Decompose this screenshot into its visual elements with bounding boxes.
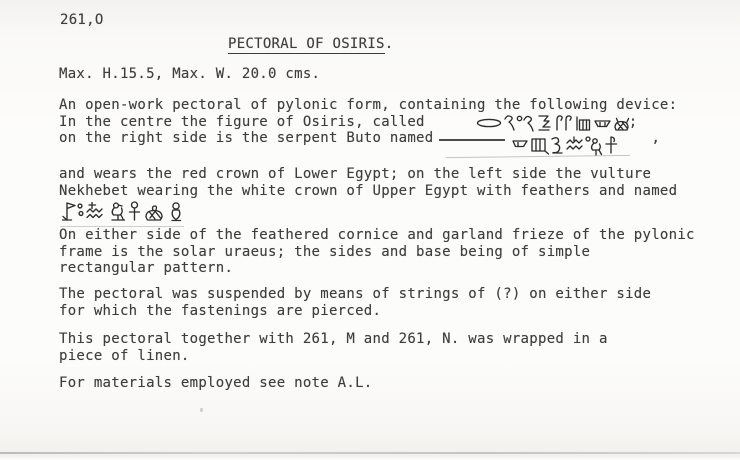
typed-line: for which the fastenings are pierced. (59, 303, 651, 320)
typed-line: Nekhebet wearing the white crown of Uppe… (59, 183, 677, 200)
paragraph-device: An open-work pectoral of pylonic form, c… (59, 97, 677, 147)
typed-line: The pectoral was suspended by means of s… (59, 286, 651, 303)
typed-text: In the centre the figure of Osiris, call… (59, 114, 425, 131)
paragraph-materials-note: For materials employed see note A.L. (59, 375, 373, 392)
paragraph-crowns: and wears the red crown of Lower Egypt; … (59, 166, 677, 199)
typed-line-osiris: In the centre the figure of Osiris, call… (59, 114, 677, 131)
typed-line: frame is the solar uraeus; the sides and… (59, 244, 695, 261)
dimensions-line: Max. H.15.5, Max. W. 20.0 cms. (59, 66, 320, 83)
hieroglyph-nekhebet-line (60, 198, 186, 228)
ink-rule (439, 139, 505, 141)
paper-speck (200, 408, 203, 412)
card-bottom-edge (0, 452, 740, 454)
typed-punctuation: ; (629, 114, 638, 131)
page-title: PECTORAL OF OSIRIS. (228, 36, 393, 53)
paragraph-wrapping: This pectoral together with 261, M and 2… (59, 331, 608, 364)
paragraph-frame: On either side of the feathered cornice … (59, 227, 695, 277)
title-text: PECTORAL OF OSIRIS (228, 36, 385, 54)
hieroglyph-osiris-name-drawing (477, 112, 629, 134)
typed-line: piece of linen. (59, 348, 608, 365)
catalog-card: 261,O PECTORAL OF OSIRIS. Max. H.15.5, M… (0, 0, 740, 460)
typed-punctuation: , (651, 130, 660, 147)
paragraph-suspension: The pectoral was suspended by means of s… (59, 286, 651, 319)
catalog-number: 261,O (60, 12, 104, 29)
typed-line: and wears the red crown of Lower Egypt; … (59, 166, 677, 183)
typed-text: on the right side is the serpent Buto na… (59, 130, 433, 147)
typed-line: rectangular pattern. (59, 260, 695, 277)
hieroglyph-nekhebet-name-drawing (60, 198, 186, 224)
hieroglyph-buto-name-drawing (511, 134, 651, 158)
typed-line: On either side of the feathered cornice … (59, 227, 695, 244)
typed-line: This pectoral together with 261, M and 2… (59, 331, 608, 348)
title-period: . (385, 36, 394, 52)
